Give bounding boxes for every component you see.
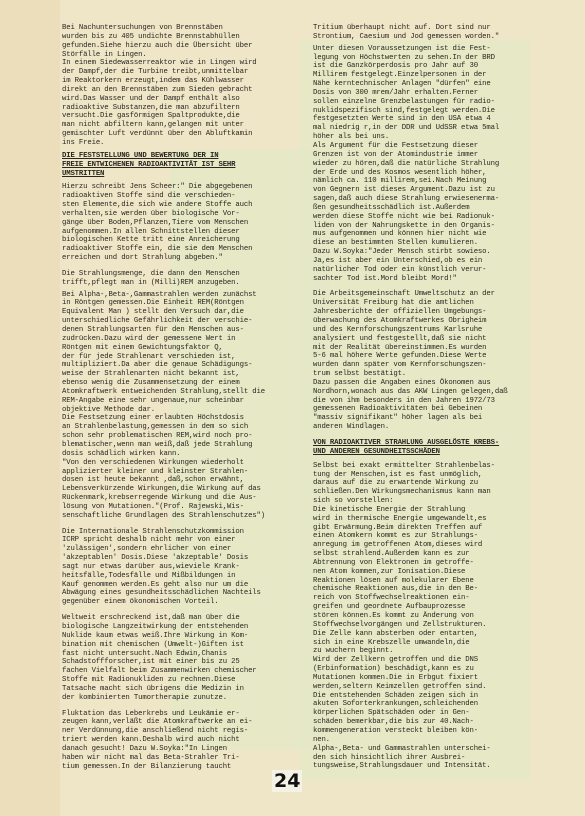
paragraph: Die Strahlungsmenge, die dann den Mensch… <box>62 270 292 288</box>
paragraph: Fluktation das Leberkrebs und Leukämie e… <box>62 710 292 772</box>
document-page: Bei Nachuntersuchungen von Brennstäben w… <box>0 0 585 816</box>
paragraph: Unter diesen Voraussetzungen ist die Fes… <box>313 45 553 284</box>
paragraph: Tritium überhaupt nicht auf. Dort sind n… <box>313 24 553 42</box>
paragraph: Weltweit erschreckend ist,daß man über d… <box>62 614 292 702</box>
paragraph: Hierzu schreibt Jens Scheer:" Die abgege… <box>62 183 292 263</box>
section-heading: DIE FESTSTELLUNG UND BEWERTUNG DER IN FR… <box>62 152 292 179</box>
paragraph: Bei Alpha-,Beta-,Gammastrahlen werden zu… <box>62 291 292 521</box>
paragraph: Bei Nachuntersuchungen von Brennstäben w… <box>62 24 292 148</box>
page-number: 24 <box>272 770 302 792</box>
section-heading: VON RADIOAKTIVER STRAHLUNG AUSGELÖSTE KR… <box>313 439 553 457</box>
paragraph: Die Internationale Strahlenschutzkommiss… <box>62 528 292 608</box>
left-column: Bei Nachuntersuchungen von Brennstäben w… <box>62 24 292 775</box>
paragraph: Die Arbeitsgemeinschaft Umweltschutz an … <box>313 290 553 432</box>
right-column: Tritium überhaupt nicht auf. Dort sind n… <box>313 24 553 774</box>
paragraph: Selbst bei exakt ermittelter Strahlenbel… <box>313 462 553 772</box>
